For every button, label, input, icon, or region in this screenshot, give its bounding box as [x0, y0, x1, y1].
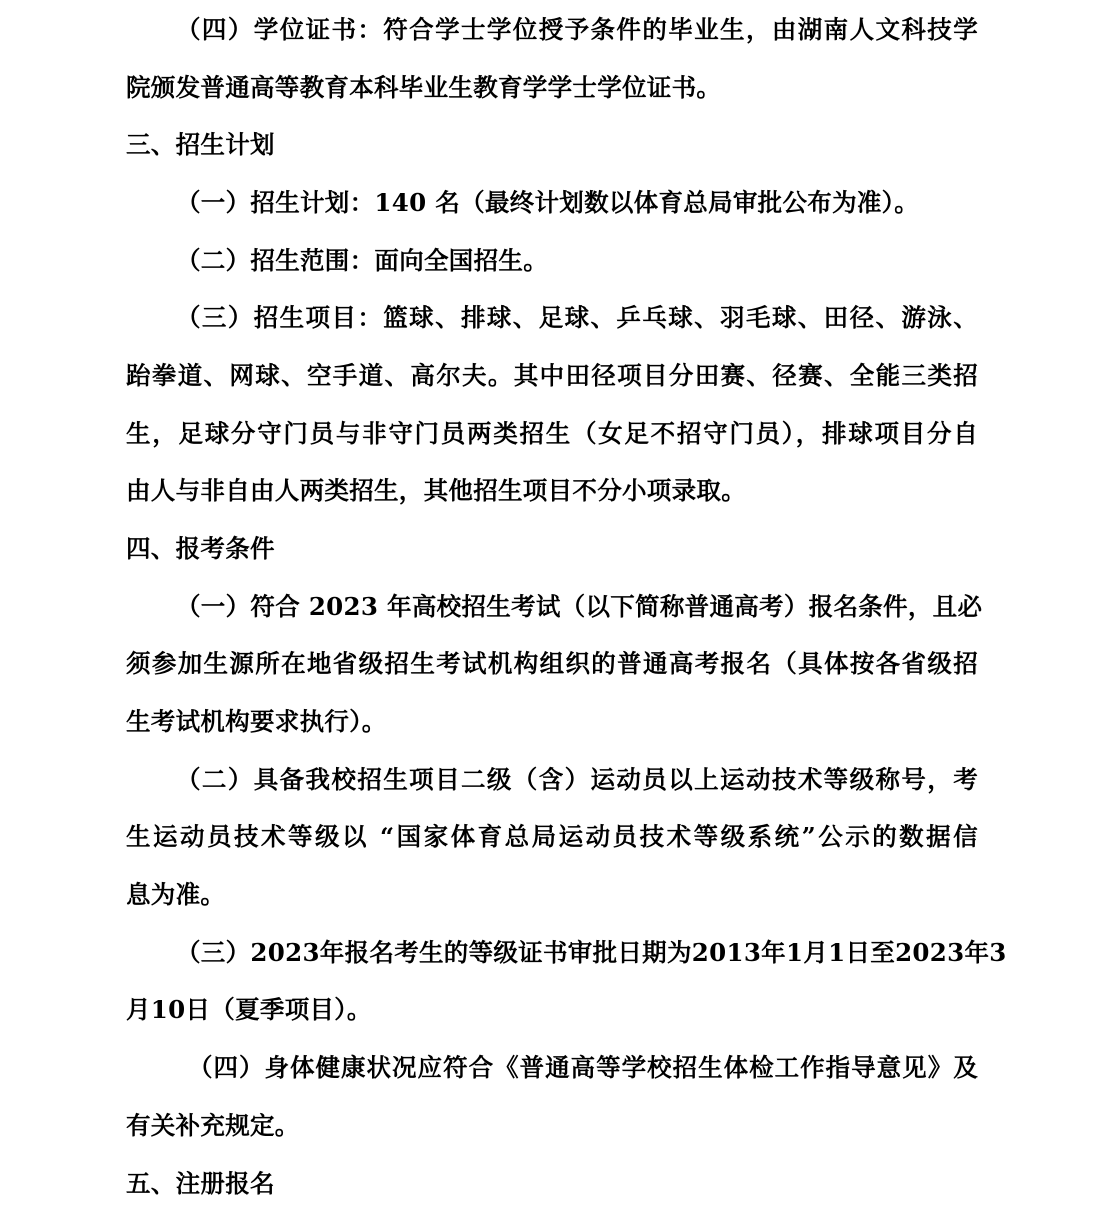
requirement-1-paragraph-line-3: 生考试机构要求执行）。: [126, 704, 978, 740]
requirement-2-paragraph-line-3: 息为准。: [126, 877, 978, 913]
enrollment-sports-paragraph-line-1: （三）招生项目：篮球、排球、足球、乒乓球、羽毛球、田径、游泳、: [176, 300, 978, 336]
degree-certificate-paragraph-line-2: 院颁发普通高等教育本科毕业生教育学学士学位证书。: [126, 70, 978, 106]
requirement-2-paragraph-line-2: 生运动员技术等级以 “国家体育总局运动员技术等级系统”公示的数据信: [126, 819, 978, 855]
section-heading-registration: 五、注册报名: [126, 1166, 978, 1202]
requirement-2-paragraph-line-1: （二）具备我校招生项目二级（含）运动员以上运动技术等级称号，考: [176, 762, 978, 798]
document-page: （四）学位证书：符合学士学位授予条件的毕业生，由湖南人文科技学 院颁发普通高等教…: [0, 0, 1102, 1212]
degree-certificate-paragraph-line-1: （四）学位证书：符合学士学位授予条件的毕业生，由湖南人文科技学: [176, 12, 978, 48]
requirement-1-paragraph-line-2: 须参加生源所在地省级招生考试机构组织的普通高考报名（具体按各省级招: [126, 646, 978, 682]
requirement-4-paragraph-line-2: 有关补充规定。: [126, 1108, 978, 1144]
enrollment-quota-paragraph: （一）招生计划：140 名（最终计划数以体育总局审批公布为准）。: [176, 185, 978, 221]
requirement-3-paragraph-line-2: 月10日（夏季项目）。: [126, 992, 978, 1028]
section-heading-application-requirements: 四、报考条件: [126, 531, 978, 567]
requirement-3-paragraph-line-1: （三）2023年报名考生的等级证书审批日期为2013年1月1日至2023年3: [176, 935, 978, 971]
section-heading-enrollment-plan: 三、招生计划: [126, 127, 978, 163]
enrollment-sports-paragraph-line-3: 生，足球分守门员与非守门员两类招生（女足不招守门员），排球项目分自: [126, 416, 978, 452]
enrollment-scope-paragraph: （二）招生范围：面向全国招生。: [176, 243, 978, 279]
requirement-1-paragraph-line-1: （一）符合 2023 年高校招生考试（以下简称普通高考）报名条件，且必: [176, 589, 978, 625]
requirement-4-paragraph-line-1: （四）身体健康状况应符合《普通高等学校招生体检工作指导意见》及: [188, 1050, 978, 1086]
enrollment-sports-paragraph-line-4: 由人与非自由人两类招生，其他招生项目不分小项录取。: [126, 473, 978, 509]
enrollment-sports-paragraph-line-2: 跆拳道、网球、空手道、高尔夫。其中田径项目分田赛、径赛、全能三类招: [126, 358, 978, 394]
